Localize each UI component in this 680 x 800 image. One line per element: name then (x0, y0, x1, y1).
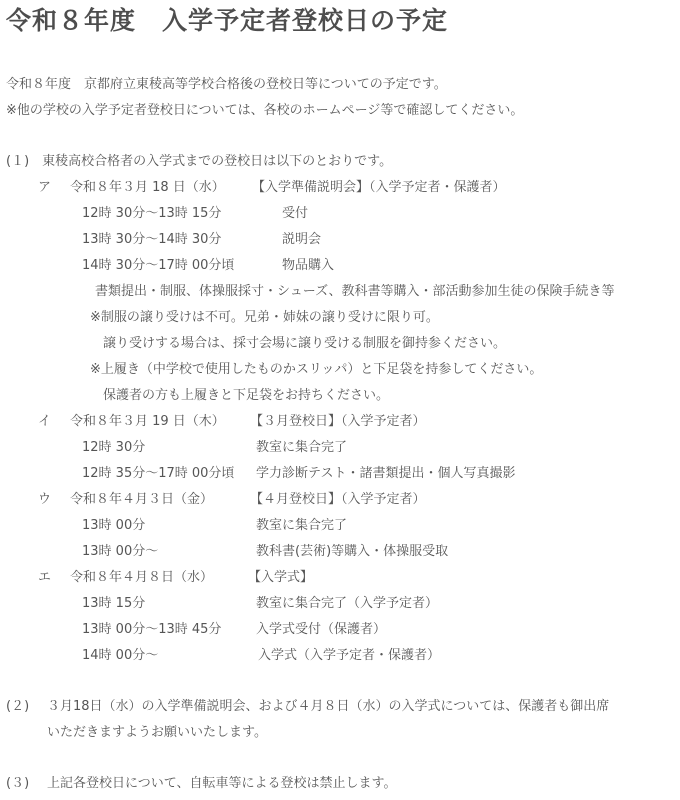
section3-marker: (３) (6, 775, 29, 793)
schedule-desc: 説明会 (282, 231, 321, 249)
event-marker: イ (38, 413, 51, 431)
event-title: 【４月登校日】（入学予定者） (250, 491, 426, 509)
schedule-time: 13時 30分～14時 30分 (82, 231, 221, 249)
event-marker: ウ (38, 491, 51, 509)
schedule-desc: 教室に集合完了 (256, 517, 347, 535)
event-marker: ア (38, 179, 51, 197)
intro-line: 令和８年度 京都府立東稜高等学校合格後の登校日等についての予定です。 (6, 76, 447, 94)
schedule-time: 12時 35分～17時 00分頃 (82, 465, 234, 483)
event-date: 令和８年３月 18 日（水） (70, 179, 225, 197)
event-note: 保護者の方も上履きと下足袋をお持ちください。 (90, 387, 389, 405)
schedule-time: 13時 00分～ (82, 543, 158, 561)
section3-text: 上記各登校日について、自転車等による登校は禁止します。 (47, 775, 396, 793)
schedule-desc: 教科書(芸術)等購入・体操服受取 (256, 543, 448, 561)
schedule-desc: 入学式受付（保護者） (256, 621, 386, 639)
event-date: 令和８年４月８日（水） (70, 569, 213, 587)
schedule-desc: 物品購入 (282, 257, 334, 275)
schedule-desc: 教室に集合完了 (256, 439, 347, 457)
schedule-desc: 学力診断テスト・諸書類提出・個人写真撮影 (256, 465, 515, 483)
schedule-time: 12時 30分～13時 15分 (82, 205, 221, 223)
schedule-time: 14時 30分～17時 00分頃 (82, 257, 234, 275)
event-title: 【３月登校日】（入学予定者） (250, 413, 426, 431)
schedule-time: 14時 00分～ (82, 647, 158, 665)
schedule-desc: 入学式（入学予定者・保護者） (258, 647, 440, 665)
schedule-time: 13時 00分 (82, 517, 145, 535)
event-date: 令和８年４月３日（金） (70, 491, 213, 509)
schedule-desc: 教室に集合完了（入学予定者） (256, 595, 438, 613)
event-title: 【入学式】 (248, 569, 313, 587)
event-title: 【入学準備説明会】（入学予定者・保護者） (252, 179, 506, 197)
schedule-time: 13時 00分～13時 45分 (82, 621, 221, 639)
section1-heading: (１) 東稜高校合格者の入学式までの登校日は以下のとおりです。 (6, 153, 392, 171)
event-marker: エ (38, 569, 51, 587)
event-note: 書類提出・制服、体操服採寸・シューズ、教科書等購入・部活動参加生徒の保険手続き等 (95, 283, 614, 301)
schedule-time: 13時 15分 (82, 595, 145, 613)
page-title: 令和８年度 入学予定者登校日の予定 (6, 4, 448, 38)
event-note: ※上履き（中学校で使用したものかスリッパ）と下足袋を持参してください。 (90, 361, 542, 379)
event-date: 令和８年３月 19 日（木） (70, 413, 225, 431)
event-note: ※制服の譲り受けは不可。兄弟・姉妹の譲り受けに限り可。 (90, 309, 439, 327)
section2-marker: (２) (6, 698, 29, 716)
schedule-desc: 受付 (282, 205, 308, 223)
event-note: 譲り受けする場合は、採寸会場に譲り受ける制服を御持参ください。 (90, 335, 506, 353)
section2-text: ３月18日（水）の入学準備説明会、および４月８日（水）の入学式については、保護者… (47, 698, 609, 716)
intro-note: ※他の学校の入学予定者登校日については、各校のホームページ等で確認してください。 (6, 102, 523, 120)
section2-text: いただきますようお願いいたします。 (47, 724, 267, 742)
schedule-time: 12時 30分 (82, 439, 145, 457)
